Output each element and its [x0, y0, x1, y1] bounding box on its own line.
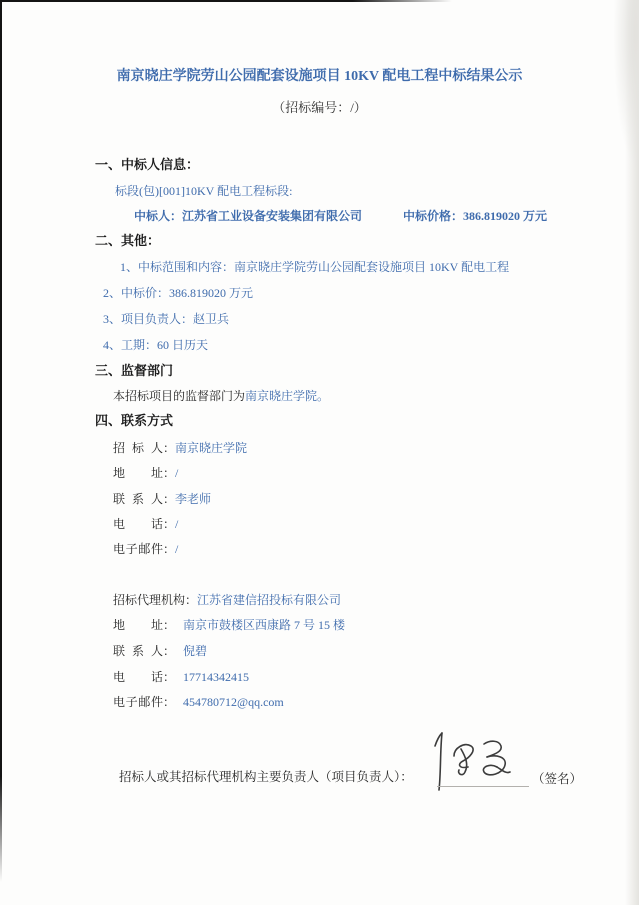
scan-edge-top: [0, 0, 452, 2]
field-label: 电话: [113, 670, 163, 685]
field-label: 联系人: [113, 492, 163, 507]
field-label: 电子邮件: [113, 695, 163, 710]
contact-row: 电话：/: [113, 517, 178, 532]
scan-edge-right: [625, 0, 639, 905]
field-value: 南京晓庄学院: [175, 441, 247, 455]
field-label: 联系人: [113, 644, 163, 659]
scan-edge-left: [0, 0, 2, 882]
contact-row: 联系人：李老师: [113, 492, 211, 507]
winner-line: 中标人：江苏省工业设备安装集团有限公司 中标价格：386.819020 万元: [134, 209, 614, 224]
price-label: 中标价格：: [403, 209, 463, 223]
field-label: 电话: [113, 517, 163, 532]
field-colon: ：: [163, 542, 175, 556]
contact-row: 招标人：南京晓庄学院: [113, 441, 247, 456]
field-colon: ：: [163, 441, 175, 455]
document-title: 南京晓庄学院劳山公园配套设施项目 10KV 配电工程中标结果公示: [0, 68, 639, 86]
field-value: /: [175, 466, 178, 480]
list-item: 1、中标范围和内容：南京晓庄学院劳山公园配套设施项目 10KV 配电工程: [120, 260, 509, 275]
section3-heading: 三、监督部门: [95, 363, 173, 379]
agency-row: 招标代理机构：江苏省建信招投标有限公司: [113, 593, 341, 608]
winner-label: 中标人：: [134, 209, 182, 223]
price-value: 386.819020 万元: [463, 209, 547, 223]
field-value: 倪碧: [183, 644, 207, 658]
field-colon: ：: [163, 670, 175, 684]
field-value: /: [175, 542, 178, 556]
responsible-person-line: 招标人或其招标代理机构主要负责人（项目负责人）：: [119, 770, 413, 786]
field-label: 招标人: [113, 441, 163, 456]
field-label: 电子邮件: [113, 542, 163, 557]
field-value: 南京市鼓楼区西康路 7 号 15 楼: [183, 618, 345, 632]
field-label: 地址: [113, 466, 163, 481]
field-colon: ：: [163, 618, 175, 632]
list-item: 4、工期：60 日历天: [103, 338, 208, 353]
field-colon: ：: [185, 593, 197, 607]
section2-heading: 二、其他：: [95, 233, 160, 249]
section1-heading: 一、中标人信息：: [95, 157, 199, 173]
field-value: /: [175, 517, 178, 531]
list-item: 3、项目负责人：赵卫兵: [103, 312, 229, 327]
document-subtitle: （招标编号：/）: [0, 100, 639, 116]
supervision-suffix: 。: [317, 389, 329, 403]
signature-suffix: （签名）: [532, 772, 582, 788]
agency-row: 联系人：倪碧: [113, 644, 207, 659]
section4-heading: 四、联系方式: [95, 413, 173, 429]
field-colon: ：: [163, 492, 175, 506]
field-value: 454780712@qq.com: [183, 695, 284, 709]
field-label: 地址: [113, 618, 163, 633]
field-colon: ：: [163, 466, 175, 480]
handwritten-signature: [426, 728, 536, 794]
contact-row: 电子邮件：/: [113, 542, 178, 557]
supervision-prefix: 本招标项目的监督部门为: [113, 389, 245, 403]
field-colon: ：: [163, 644, 175, 658]
lot-line: 标段(包)[001]10KV 配电工程标段:: [115, 184, 292, 199]
field-value: 17714342415: [183, 670, 249, 684]
list-item: 2、中标价：386.819020 万元: [103, 286, 253, 301]
agency-row: 地址：南京市鼓楼区西康路 7 号 15 楼: [113, 618, 345, 633]
supervision-line: 本招标项目的监督部门为南京晓庄学院。: [113, 389, 329, 404]
winner-value: 江苏省工业设备安装集团有限公司: [182, 209, 362, 223]
agency-row: 电话：17714342415: [113, 670, 249, 685]
signature-line: [437, 786, 529, 787]
field-value: 李老师: [175, 492, 211, 506]
supervision-value: 南京晓庄学院: [245, 389, 317, 403]
field-colon: ：: [163, 695, 175, 709]
field-colon: ：: [163, 517, 175, 531]
field-label: 招标代理机构: [113, 593, 185, 607]
price-pair: 中标价格：386.819020 万元: [403, 209, 547, 224]
agency-row: 电子邮件：454780712@qq.com: [113, 695, 284, 710]
contact-row: 地址：/: [113, 466, 178, 481]
field-value: 江苏省建信招投标有限公司: [197, 593, 341, 607]
scanned-document-page: 南京晓庄学院劳山公园配套设施项目 10KV 配电工程中标结果公示 （招标编号：/…: [0, 0, 639, 905]
